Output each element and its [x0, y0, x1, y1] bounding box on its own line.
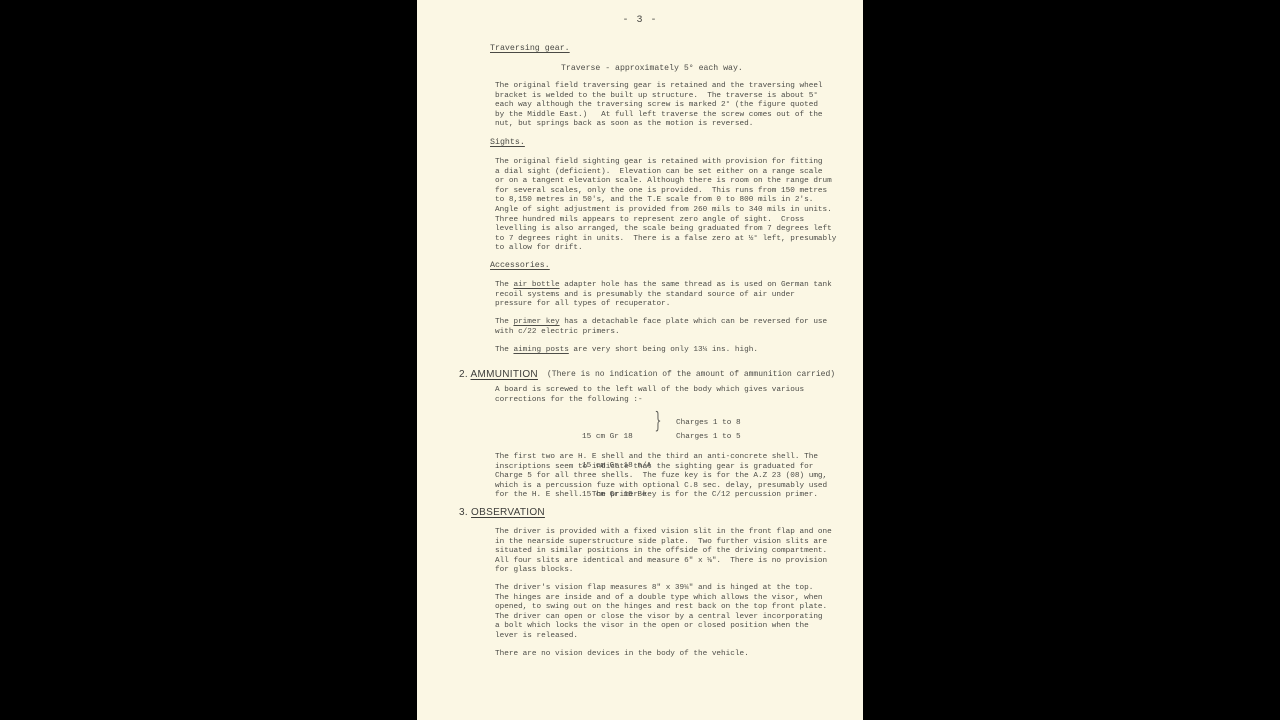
- sights-heading: Sights.: [490, 138, 525, 147]
- traversing-body: The original field traversing gear is re…: [495, 82, 823, 130]
- observation-section-heading: 3. OBSERVATION: [459, 507, 545, 518]
- accessories-para-2: The primer key has a detachable face pla…: [495, 318, 827, 337]
- observation-para-3: There are no vision devices in the body …: [495, 650, 749, 660]
- shell-item: 15 cm Gr 18: [582, 433, 651, 443]
- ammunition-intro: A board is screwed to the left wall of t…: [495, 386, 804, 405]
- page-number: - 3 -: [417, 15, 863, 26]
- accessories-heading: Accessories.: [490, 261, 550, 270]
- brace-symbol: }: [655, 411, 662, 433]
- sights-body: The original field sighting gear is reta…: [495, 158, 836, 254]
- traversing-heading: Traversing gear.: [490, 44, 570, 53]
- section-number: 3.: [459, 507, 468, 518]
- section-title: OBSERVATION: [471, 507, 545, 518]
- section-title: AMMUNITION: [470, 369, 537, 380]
- ammunition-body: The first two are H. E shell and the thi…: [495, 453, 827, 501]
- accessories-para-1: The air bottle adapter hole has the same…: [495, 281, 832, 310]
- ammunition-note: (There is no indication of the amount of…: [547, 370, 835, 380]
- charges-1: Charges 1 to 8: [676, 419, 741, 429]
- charges-2: Charges 1 to 5: [676, 433, 741, 443]
- document-page: - 3 - Traversing gear. Traverse - approx…: [417, 0, 863, 720]
- accessories-para-3: The aiming posts are very short being on…: [495, 346, 758, 356]
- observation-para-2: The driver's vision flap measures 8" x 3…: [495, 584, 827, 642]
- section-number: 2.: [459, 369, 468, 380]
- observation-para-1: The driver is provided with a fixed visi…: [495, 528, 832, 576]
- ammunition-section-heading: 2. AMMUNITION: [459, 369, 538, 380]
- traversing-subheading: Traverse - approximately 5° each way.: [561, 64, 743, 74]
